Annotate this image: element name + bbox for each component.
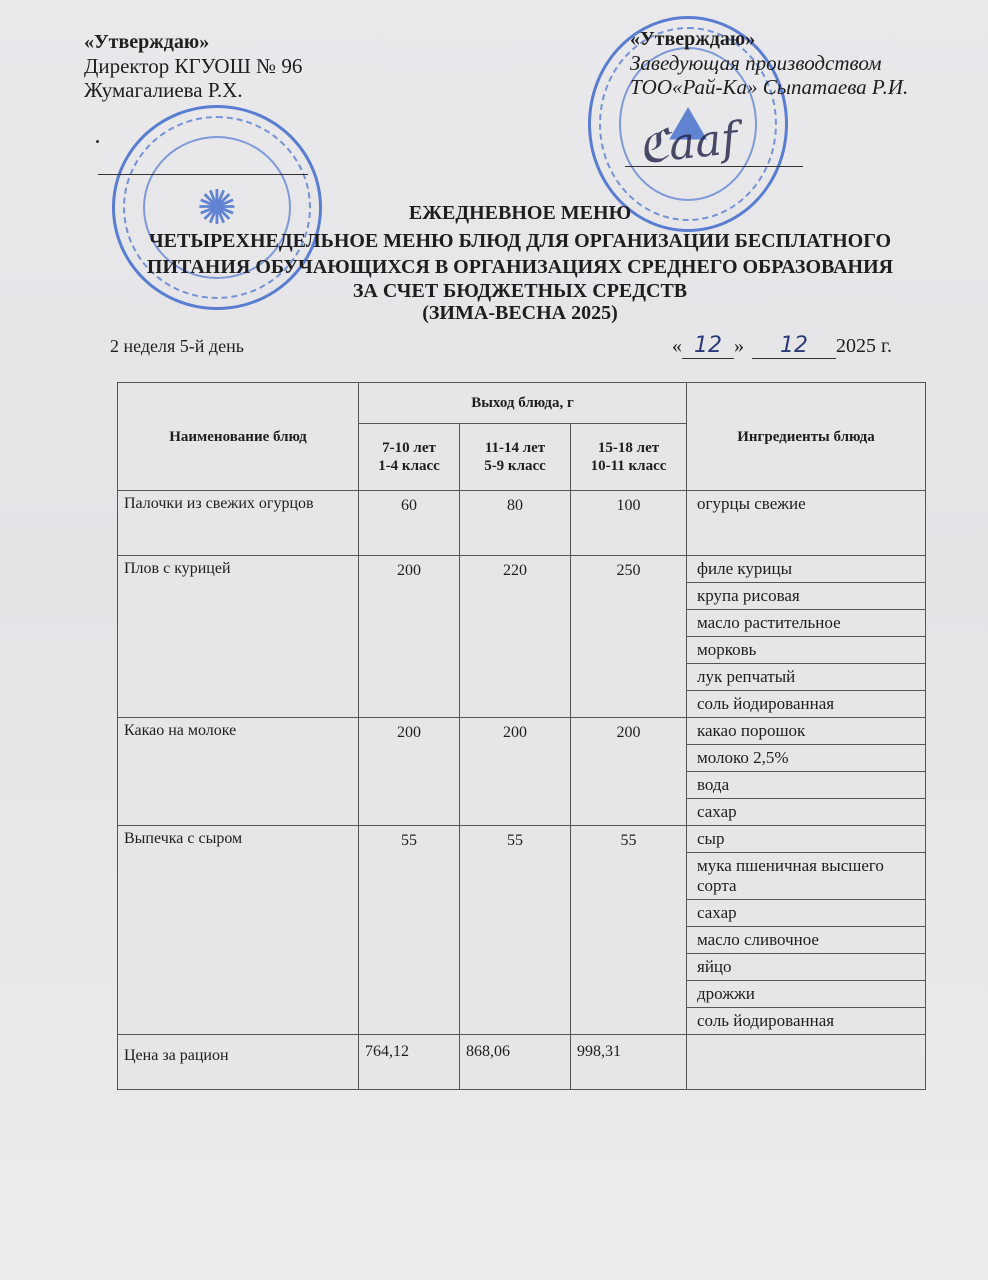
dish-yield: 200 [359, 556, 460, 718]
signature-line-right [625, 166, 803, 167]
ingredient-item: морковь [687, 637, 925, 664]
age-range: 15-18 лет [598, 440, 659, 456]
grade-range: 10-11 класс [591, 458, 667, 474]
grade-range: 1-4 класс [378, 458, 440, 474]
approval-heading: «Утверждаю» [84, 30, 302, 54]
ingredient-item: вода [687, 772, 925, 799]
price-row: Цена за рацион 764,12 868,06 998,31 [118, 1035, 926, 1090]
dish-yield: 60 [359, 491, 460, 556]
date-year: 2025 г. [836, 335, 892, 357]
header-age-15-18: 15-18 лет 10-11 класс [571, 424, 687, 491]
ingredient-item: мука пшеничная высшего сорта [687, 853, 925, 900]
ingredient-item: сахар [687, 900, 925, 927]
ingredient-item: соль йодированная [687, 691, 925, 717]
document-title: ЕЖЕДНЕВНОЕ МЕНЮ [100, 202, 940, 224]
dish-yield: 55 [460, 826, 571, 1035]
table-row: Плов с курицей200220250филе курицыкрупа … [118, 556, 926, 718]
ingredient-list: огурцы свежие [687, 491, 925, 517]
document-date: «12»122025 г. [672, 333, 892, 359]
dish-name: Какао на молоке [118, 718, 359, 826]
ingredient-item: сыр [687, 826, 925, 853]
ingredient-item: сахар [687, 799, 925, 825]
header-yield: Выход блюда, г [359, 383, 687, 424]
approver-position: Заведующая производством [630, 51, 908, 75]
approval-heading: «Утверждаю» [630, 27, 908, 51]
signature-line-left [98, 174, 308, 175]
age-range: 11-14 лет [485, 440, 545, 456]
table-row: Выпечка с сыром555555сырмука пшеничная в… [118, 826, 926, 1035]
menu-document: ✺ ⛰ «Утверждаю» Директор КГУОШ № 96 Жума… [0, 0, 988, 1280]
ingredient-item: какао порошок [687, 718, 925, 745]
approval-block-director: «Утверждаю» Директор КГУОШ № 96 Жумагали… [84, 30, 302, 102]
ingredient-item: молоко 2,5% [687, 745, 925, 772]
header-ingredients: Ингредиенты блюда [687, 383, 926, 491]
document-subtitle-line2: ПИТАНИЯ ОБУЧАЮЩИХСЯ В ОРГАНИЗАЦИЯХ СРЕДН… [100, 256, 940, 278]
dish-yield: 250 [571, 556, 687, 718]
document-subtitle-line1: ЧЕТЫРЕХНЕДЕЛЬНОЕ МЕНЮ БЛЮД ДЛЯ ОРГАНИЗАЦ… [100, 230, 940, 252]
header-dish-name: Наименование блюд [118, 383, 359, 491]
table-row: Палочки из свежих огурцов6080100огурцы с… [118, 491, 926, 556]
dish-yield: 200 [359, 718, 460, 826]
ingredient-list: сырмука пшеничная высшего сортасахармасл… [687, 826, 925, 1034]
dish-name: Палочки из свежих огурцов [118, 491, 359, 556]
approver-position: Директор КГУОШ № 96 [84, 54, 302, 78]
table-row: Какао на молоке200200200какао порошокмол… [118, 718, 926, 826]
age-range: 7-10 лет [382, 440, 436, 456]
dish-yield: 220 [460, 556, 571, 718]
approver-name: Жумагалиева Р.Х. [84, 78, 302, 102]
price-age-7-10: 764,12 [359, 1035, 460, 1090]
date-month: 12 [752, 333, 836, 359]
dish-yield: 200 [460, 718, 571, 826]
dish-name: Плов с курицей [118, 556, 359, 718]
dish-name: Выпечка с сыром [118, 826, 359, 1035]
dish-ingredients: какао порошокмолоко 2,5%водасахар [687, 718, 926, 826]
document-subtitle-line3: ЗА СЧЕТ БЮДЖЕТНЫХ СРЕДСТВ [100, 280, 940, 302]
quote-close: » [734, 335, 744, 357]
quote-open: « [672, 335, 682, 357]
ingredient-item: масло сливочное [687, 927, 925, 954]
dish-yield: 100 [571, 491, 687, 556]
document-season: (ЗИМА-ВЕСНА 2025) [100, 302, 940, 324]
ingredient-item: дрожжи [687, 981, 925, 1008]
approver-name: ТОО«Рай-Ка» Сыпатаева Р.И. [630, 75, 908, 99]
approval-block-production: «Утверждаю» Заведующая производством ТОО… [630, 27, 908, 99]
dish-ingredients: огурцы свежие [687, 491, 926, 556]
date-day: 12 [682, 333, 734, 359]
dish-ingredients: филе курицыкрупа рисоваямасло растительн… [687, 556, 926, 718]
ingredient-item: яйцо [687, 954, 925, 981]
menu-table: Наименование блюд Выход блюда, г Ингреди… [117, 382, 926, 1090]
ingredient-list: филе курицыкрупа рисоваямасло растительн… [687, 556, 925, 717]
ingredient-item: лук репчатый [687, 664, 925, 691]
ingredient-item: крупа рисовая [687, 583, 925, 610]
grade-range: 5-9 класс [484, 458, 546, 474]
ingredient-item: огурцы свежие [687, 491, 925, 517]
price-empty-cell [687, 1035, 926, 1090]
week-day-label: 2 неделя 5-й день [110, 336, 244, 357]
header-age-7-10: 7-10 лет 1-4 класс [359, 424, 460, 491]
price-age-11-14: 868,06 [460, 1035, 571, 1090]
dish-ingredients: сырмука пшеничная высшего сортасахармасл… [687, 826, 926, 1035]
header-age-11-14: 11-14 лет 5-9 класс [460, 424, 571, 491]
price-label: Цена за рацион [118, 1035, 359, 1090]
ingredient-item: масло растительное [687, 610, 925, 637]
dish-yield: 80 [460, 491, 571, 556]
ingredient-item: филе курицы [687, 556, 925, 583]
ingredient-item: соль йодированная [687, 1008, 925, 1034]
dish-yield: 200 [571, 718, 687, 826]
dot-mark [96, 140, 99, 143]
price-age-15-18: 998,31 [571, 1035, 687, 1090]
handwritten-signature: ℭaaf [636, 113, 740, 174]
dish-yield: 55 [359, 826, 460, 1035]
dish-yield: 55 [571, 826, 687, 1035]
ingredient-list: какао порошокмолоко 2,5%водасахар [687, 718, 925, 825]
